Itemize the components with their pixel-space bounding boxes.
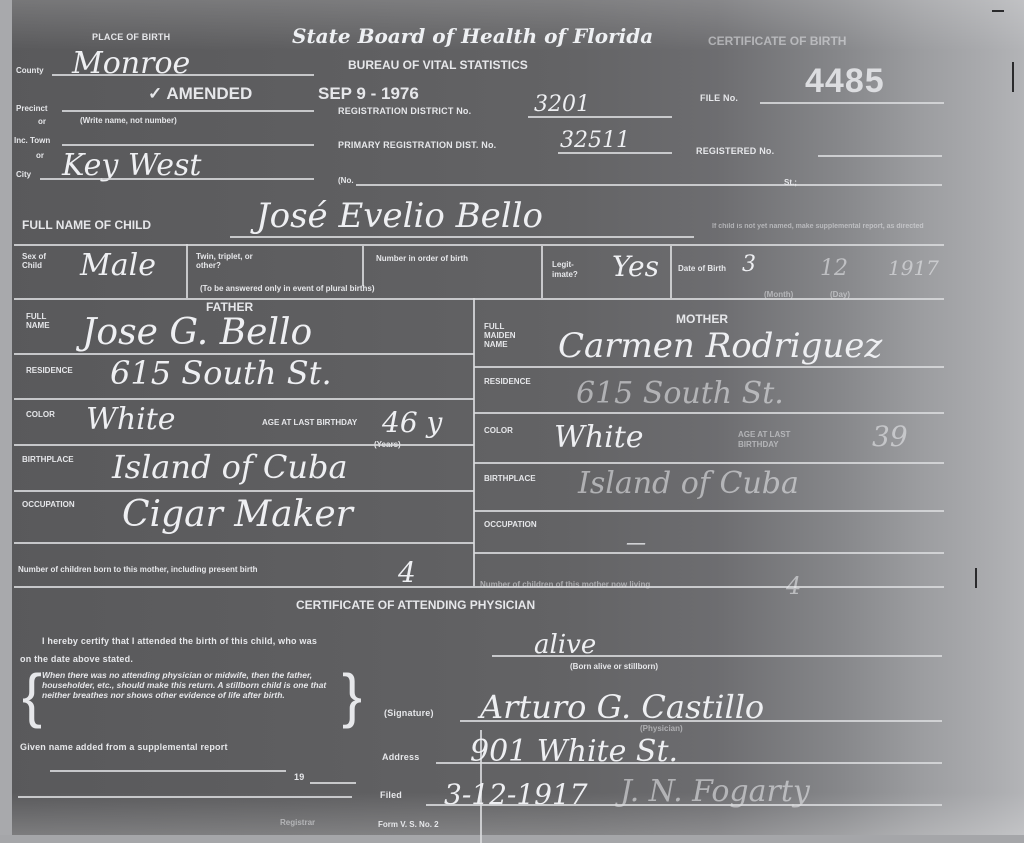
scan-mark [975, 568, 977, 588]
scan-mark [1012, 62, 1014, 92]
file-no-value: 4485 [805, 62, 885, 101]
father-birthplace-value: Island of Cuba [112, 448, 348, 486]
scan-mark [992, 10, 1004, 12]
amended-stamp: ✓ AMENDED [148, 84, 252, 104]
town-line [62, 144, 314, 146]
registrar-line [18, 796, 352, 798]
precinct-label: Precinct [16, 104, 48, 113]
mother-residence-value: 615 South St. [576, 376, 784, 411]
address-label: Address [382, 752, 419, 762]
no-physician-note: When there was no attending physician or… [42, 670, 342, 700]
father-occupation-value: Cigar Maker [122, 494, 353, 535]
document-title: State Board of Health of Florida [292, 24, 653, 48]
page-edge-bottom [0, 835, 1024, 843]
children-living-label: Number of children of this mother now li… [480, 580, 650, 589]
col-divider [541, 246, 543, 298]
mother-residence-label: RESIDENCE [484, 377, 531, 386]
left-brace: { [22, 666, 42, 726]
row-divider [14, 298, 944, 300]
city-line [40, 178, 314, 180]
mother-occupation-value: — [626, 530, 646, 554]
unnamed-note: If child is not yet named, make suppleme… [712, 222, 942, 231]
precinct-line [62, 110, 314, 112]
dob-year-value: 1917 [888, 256, 939, 280]
mother-birthplace-line [474, 510, 944, 512]
town-or: or [36, 151, 44, 160]
dob-day-label: (Day) [830, 290, 850, 299]
mother-color-label: COLOR [484, 426, 513, 435]
registered-no-line [818, 155, 942, 157]
children-born-label: Number of children born to this mother, … [18, 565, 258, 574]
primary-registration-value: 32511 [560, 128, 630, 153]
father-residence-label: RESIDENCE [26, 366, 73, 375]
county-line [52, 74, 314, 76]
father-name-value: Jose G. Bello [82, 312, 312, 353]
physician-section-label: CERTIFICATE OF ATTENDING PHYSICIAN [296, 598, 535, 612]
dob-label: Date of Birth [678, 264, 728, 274]
precinct-or: or [38, 117, 46, 126]
mother-occupation-line [474, 552, 944, 554]
form-label: Form V. S. No. 2 [378, 820, 439, 829]
check-mark-icon: ✓ [148, 84, 166, 103]
precinct-hint: (Write name, not number) [80, 116, 177, 125]
file-no-line [760, 102, 944, 104]
father-color-label: COLOR [26, 410, 55, 419]
street-label: St.; [784, 178, 797, 187]
signature-line [460, 720, 942, 722]
primary-reg-line [558, 152, 672, 154]
father-occupation-line [14, 542, 474, 544]
father-color-value: White [86, 402, 176, 437]
certify-text: I hereby certify that I attended the bir… [42, 636, 317, 646]
reg-district-line [528, 116, 672, 118]
alive-line [492, 655, 942, 657]
page-edge-left [0, 0, 12, 843]
plural-birth-note: (To be answered only in event of plural … [200, 284, 375, 293]
child-name-line [230, 236, 694, 238]
mother-birthplace-value: Island of Cuba [578, 466, 799, 501]
supplemental-line [50, 770, 286, 772]
dob-month-value: 3 [742, 252, 756, 277]
mother-birthplace-label: BIRTHPLACE [484, 474, 536, 483]
filed-label: Filed [380, 790, 402, 800]
alive-hint: (Born alive or stillborn) [570, 662, 658, 671]
registered-no-label: REGISTERED No. [696, 146, 774, 156]
given-name-note: Given name added from a supplemental rep… [20, 742, 228, 752]
street-no-label: (No. [338, 176, 354, 185]
sex-label: Sex of Child [22, 252, 62, 270]
town-label: Inc. Town [14, 136, 50, 145]
right-brace: } [342, 666, 362, 726]
mother-occupation-label: OCCUPATION [484, 520, 537, 529]
dob-month-label: (Month) [764, 290, 793, 299]
children-born-value: 4 [398, 556, 416, 589]
place-of-birth-label: PLACE OF BIRTH [92, 32, 170, 42]
father-age-label: AGE AT LAST BIRTHDAY [262, 418, 362, 428]
father-residence-line [14, 398, 474, 400]
signature-label: (Signature) [384, 708, 434, 718]
certificate-type: CERTIFICATE OF BIRTH [708, 34, 846, 48]
father-residence-value: 615 South St. [110, 354, 332, 392]
children-line [14, 586, 944, 588]
mother-name-line [474, 366, 944, 368]
father-age-value: 46 y [382, 406, 442, 439]
bureau-label: BUREAU OF VITAL STATISTICS [348, 58, 528, 72]
primary-registration-label: PRIMARY REGISTRATION DIST. No. [338, 140, 496, 150]
registration-district-value: 3201 [534, 92, 590, 117]
amended-text: AMENDED [166, 84, 252, 103]
sex-value: Male [80, 248, 156, 283]
father-color-line [14, 444, 474, 446]
file-no-label: FILE No. [700, 93, 738, 103]
registrar-label: Registrar [280, 818, 315, 827]
amended-date: SEP 9 - 1976 [318, 84, 419, 104]
filed-line [426, 804, 942, 806]
county-label: County [16, 66, 44, 75]
filed-value: 3-12-1917 [444, 778, 588, 811]
mother-color-value: White [554, 420, 644, 455]
father-birthplace-line [14, 490, 474, 492]
street-line [356, 184, 942, 186]
row-divider [14, 244, 944, 246]
col-divider [362, 246, 364, 286]
mother-section-label: MOTHER [676, 312, 728, 326]
mother-color-line [474, 462, 944, 464]
year-line [310, 782, 356, 784]
father-birthplace-label: BIRTHPLACE [22, 455, 74, 464]
father-name-label: FULL NAME [26, 312, 56, 330]
dob-day-value: 12 [820, 256, 848, 281]
father-occupation-label: OCCUPATION [22, 500, 75, 509]
mother-age-value: 39 [872, 420, 908, 453]
registration-district-label: REGISTRATION DISTRICT No. [338, 106, 471, 116]
physician-hint: (Physician) [640, 724, 683, 733]
col-divider [670, 246, 672, 298]
child-name-label: FULL NAME OF CHILD [22, 218, 151, 232]
mother-residence-line [474, 412, 944, 414]
legitimate-label: Legit-imate? [552, 260, 592, 280]
col-divider [186, 244, 188, 298]
legitimate-value: Yes [612, 250, 659, 283]
child-name-value: José Evelio Bello [256, 196, 543, 236]
children-living-value: 4 [786, 572, 801, 600]
mother-name-value: Carmen Rodriguez [558, 326, 882, 366]
address-line [436, 762, 942, 764]
mother-name-label: FULL MAIDEN NAME [484, 322, 532, 349]
birth-order-label: Number in order of birth [376, 254, 476, 264]
year-prefix: 19 [294, 772, 304, 782]
mother-age-label: AGE AT LAST BIRTHDAY [738, 430, 828, 450]
city-label: City [16, 170, 31, 179]
twin-label: Twin, triplet, or other? [196, 252, 276, 270]
